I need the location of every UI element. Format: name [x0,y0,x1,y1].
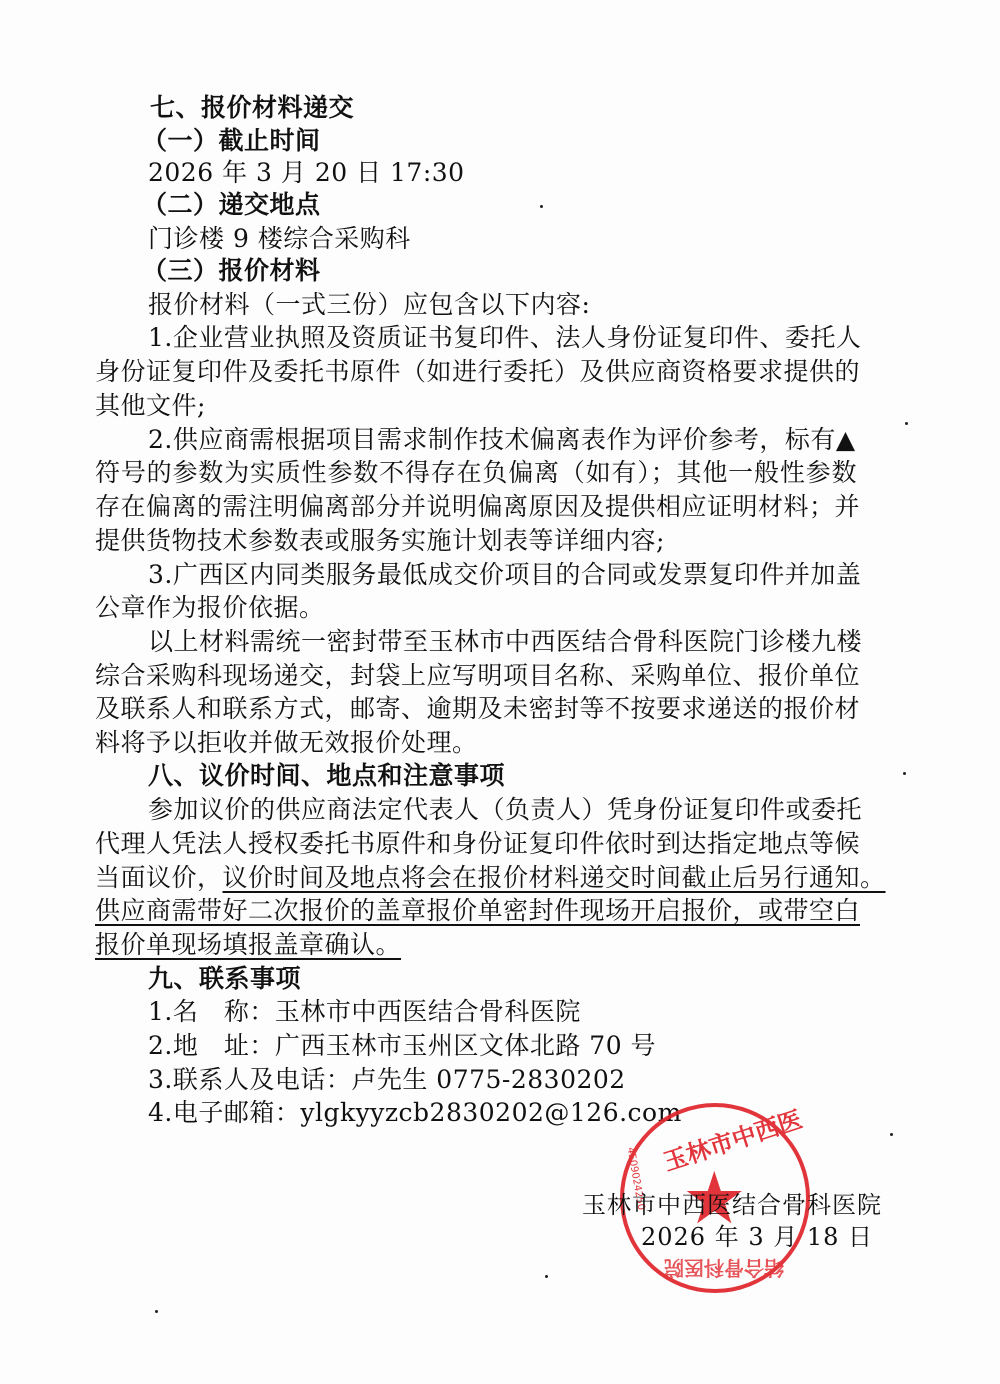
section-7-title: 七、报价材料递交 [150,91,354,125]
contact-email: 4.电子邮箱：ylgkyyzcb2830202@126.com [148,1096,682,1130]
materials-item-3-line-2: 公章作为报价依据。 [95,591,325,625]
scan-speck [545,1275,548,1278]
submission-note-line-3: 及联系人和联系方式，邮寄、逾期及未密封等不按要求递送的报价材 [95,692,857,726]
negotiation-underlined-line-5: 报价单现场填报盖章确认。 [95,928,401,962]
section-9-title: 九、联系事项 [148,962,301,996]
signature-date: 2026 年 3 月 18 日 [641,1222,873,1252]
scan-speck [155,1310,158,1313]
location-value: 门诊楼 9 楼综合采购科 [148,222,411,256]
negotiation-underlined-notice: 议价时间及地点将会在报价材料递交时间截止后另行通知。 [223,863,886,892]
subsection-materials-title: （三）报价材料 [142,254,321,288]
negotiation-para-line-2: 代理人凭法人授权委托书原件和身份证复印件依时到达指定地点等候 [95,827,857,861]
scan-speck [890,1133,893,1136]
contact-person-phone: 3.联系人及电话：卢先生 0775-2830202 [148,1063,626,1097]
materials-item-2-line-2: 符号的参数为实质性参数不得存在负偏离（如有）；其他一般性参数 [95,456,857,490]
materials-item-1-line-2: 身份证复印件及委托书原件（如进行委托）及供应商资格要求提供的 [95,355,857,389]
submission-note-line-1: 以上材料需统一密封带至玉林市中西医结合骨科医院门诊楼九楼 [148,625,862,659]
signature-organization: 玉林市中西医结合骨科医院 [582,1190,882,1220]
materials-item-1-line-3: 其他文件; [95,389,206,423]
materials-item-2-line-1: 2.供应商需根据项目需求制作技术偏离表作为评价参考，标有▲ [148,423,856,457]
submission-note-line-2: 综合采购科现场递交，封袋上应写明项目名称、采购单位、报价单位 [95,659,857,693]
subsection-deadline-title: （一）截止时间 [142,124,321,158]
negotiation-underlined-line-4: 供应商需带好二次报价的盖章报价单密封件现场开启报价，或带空白 [95,894,857,928]
scan-speck [903,772,906,775]
contact-address: 2.地 址：广西玉林市玉州区文体北路 70 号 [148,1029,656,1063]
materials-item-3-line-1: 3.广西区内同类服务最低成交价项目的合同或发票复印件并加盖 [148,558,861,592]
scan-speck [905,422,908,425]
materials-item-1-line-1: 1.企业营业执照及资质证书复印件、法人身份证复印件、委托人 [148,321,861,355]
scan-speck [540,205,543,208]
materials-intro: 报价材料（一式三份）应包含以下内容: [148,288,590,322]
document-page: 七、报价材料递交 （一）截止时间 2026 年 3 月 20 日 17:30 （… [0,0,1000,1384]
negotiation-para-line-1: 参加议价的供应商法定代表人（负责人）凭身份证复印件或委托 [148,793,862,827]
negotiation-para-line-3: 当面议价，议价时间及地点将会在报价材料递交时间截止后另行通知。 [95,861,886,895]
deadline-value: 2026 年 3 月 20 日 17:30 [148,156,465,190]
subsection-location-title: （二）递交地点 [142,188,321,222]
section-8-title: 八、议价时间、地点和注意事项 [148,759,505,793]
contact-name: 1.名 称：玉林市中西医结合骨科医院 [148,995,581,1029]
materials-item-2-line-3: 存在偏离的需注明偏离部分并说明偏离原因及提供相应证明材料；并 [95,490,857,524]
seal-bottom-text: 结合骨科医院 [664,1255,784,1284]
negotiation-plain-text: 当面议价， [95,863,223,892]
submission-note-line-4: 料将予以拒收并做无效报价处理。 [95,726,478,760]
materials-item-2-line-4: 提供货物技术参数表或服务实施计划表等详细内容; [95,524,665,558]
